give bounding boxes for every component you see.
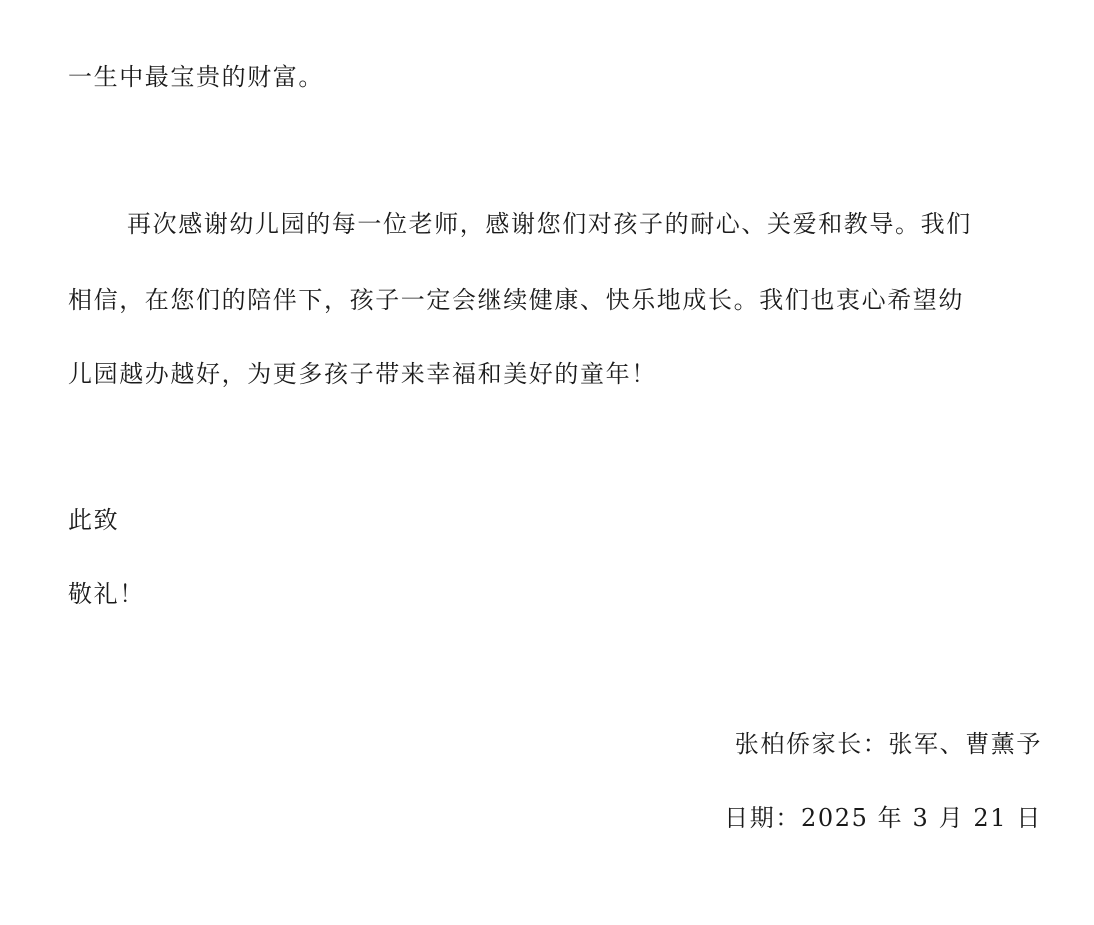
paragraph-line-continuation: 一生中最宝贵的财富。	[68, 60, 324, 94]
letter-page: 一生中最宝贵的财富。 再次感谢幼儿园的每一位老师，感谢您们对孩子的耐心、关爱和教…	[0, 0, 1094, 925]
paragraph-line: 儿园越办越好，为更多孩子带来幸福和美好的童年！	[68, 357, 657, 391]
signature-date: 日期：2025 年 3 月 21 日	[724, 801, 1042, 835]
closing-salutation: 此致	[68, 503, 119, 537]
signature-signer: 张柏侨家长：张军、曹薰予	[735, 727, 1042, 761]
paragraph-line: 再次感谢幼儿园的每一位老师，感谢您们对孩子的耐心、关爱和教导。我们	[127, 207, 972, 241]
paragraph-line: 相信，在您们的陪伴下，孩子一定会继续健康、快乐地成长。我们也衷心希望幼	[68, 283, 964, 317]
closing-regards: 敬礼！	[68, 577, 145, 611]
